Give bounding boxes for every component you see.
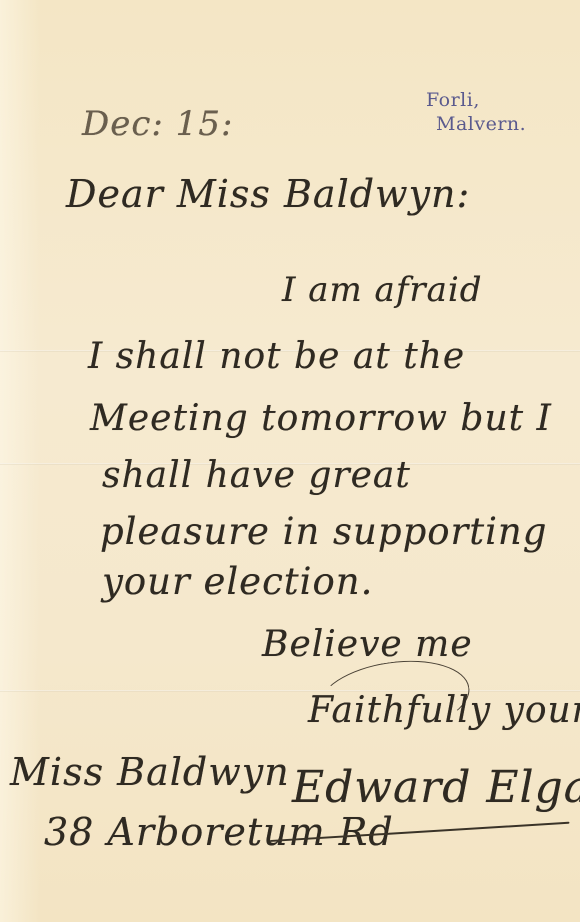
- body-line-4: shall have great: [102, 455, 411, 496]
- body-line-2: I shall not be at the: [88, 336, 465, 377]
- letter-date: Dec: 15:: [82, 104, 233, 144]
- body-line-3: Meeting tomorrow but I: [90, 398, 552, 439]
- body-line-6: your election.: [102, 560, 373, 603]
- letter-page: Forli, Malvern. Dec: 15: Dear Miss Baldw…: [0, 0, 580, 922]
- addressee-name: Miss Baldwyn: [10, 750, 290, 794]
- body-line-1: I am afraid: [282, 270, 483, 310]
- letter-salutation: Dear Miss Baldwyn:: [66, 172, 470, 216]
- letterhead-house-name: Forli,: [418, 88, 526, 112]
- letterhead-town: Malvern.: [418, 112, 526, 136]
- body-line-5: pleasure in supporting: [100, 510, 547, 553]
- addressee-address: 38 Arboretum Rd: [44, 810, 394, 854]
- closing-faithfully-yours: Faithfully yours: [308, 690, 580, 731]
- letterhead: Forli, Malvern.: [418, 88, 526, 136]
- signature: Edward Elgar.: [292, 762, 580, 813]
- closing-believe-me: Believe me: [262, 624, 473, 665]
